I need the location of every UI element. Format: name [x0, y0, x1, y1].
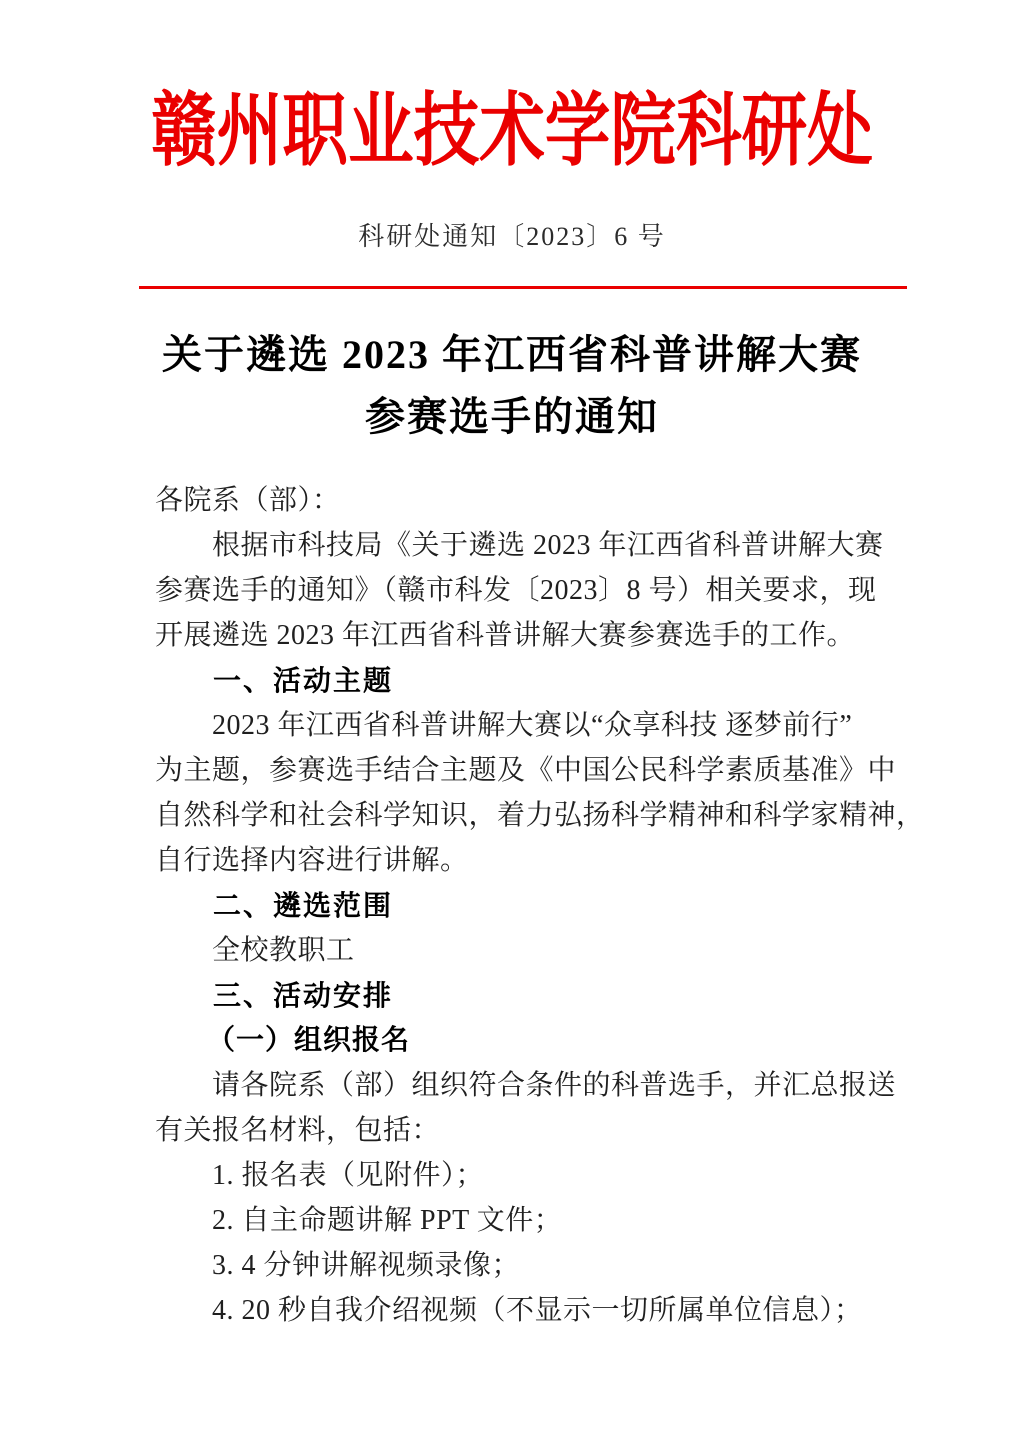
doc-title-line1: 关于遴选 2023 年江西省科普讲解大赛 [0, 324, 1024, 386]
doc-title-line2: 参赛选手的通知 [0, 386, 1024, 448]
body-line: 有关报名材料，包括： [155, 1108, 885, 1153]
notice-document-page: 赣州职业技术学院科研处 科研处通知〔2023〕6 号 关于遴选 2023 年江西… [0, 0, 1024, 1448]
body-line: 参赛选手的通知》（赣市科发〔2023〕8 号）相关要求，现 [155, 568, 885, 613]
body-line: 自行选择内容进行讲解。 [155, 838, 885, 883]
body-line: 根据市科技局《关于遴选 2023 年江西省科普讲解大赛 [155, 523, 885, 568]
body-line: （一）组织报名 [155, 1018, 885, 1063]
body-line: 为主题，参赛选手结合主题及《中国公民科学素质基准》中 [155, 748, 885, 793]
body-line: 各院系（部）： [155, 478, 885, 523]
org-title: 赣州职业技术学院科研处 [141, 92, 882, 172]
body-line: 一、活动主题 [155, 658, 885, 703]
body-line: 2023 年江西省科普讲解大赛以“众享科技 逐梦前行” [155, 703, 885, 748]
body-line: 1. 报名表（见附件）； [155, 1153, 885, 1198]
body-line: 4. 20 秒自我介绍视频（不显示一切所属单位信息）； [155, 1288, 885, 1333]
body-line: 2. 自主命题讲解 PPT 文件； [155, 1198, 885, 1243]
body-line: 三、活动安排 [155, 973, 885, 1018]
body-line: 开展遴选 2023 年江西省科普讲解大赛参赛选手的工作。 [155, 613, 885, 658]
doc-title: 关于遴选 2023 年江西省科普讲解大赛 参赛选手的通知 [0, 324, 1024, 448]
notice-body: 各院系（部）：根据市科技局《关于遴选 2023 年江西省科普讲解大赛参赛选手的通… [155, 478, 885, 1333]
body-line: 自然科学和社会科学知识，着力弘扬科学精神和科学家精神， [155, 793, 885, 838]
doc-number: 科研处通知〔2023〕6 号 [0, 222, 1024, 252]
red-divider-line [139, 286, 907, 289]
body-line: 全校教职工 [155, 928, 885, 973]
body-line: 二、遴选范围 [155, 883, 885, 928]
body-line: 3. 4 分钟讲解视频录像； [155, 1243, 885, 1288]
body-line: 请各院系（部）组织符合条件的科普选手，并汇总报送 [155, 1063, 885, 1108]
